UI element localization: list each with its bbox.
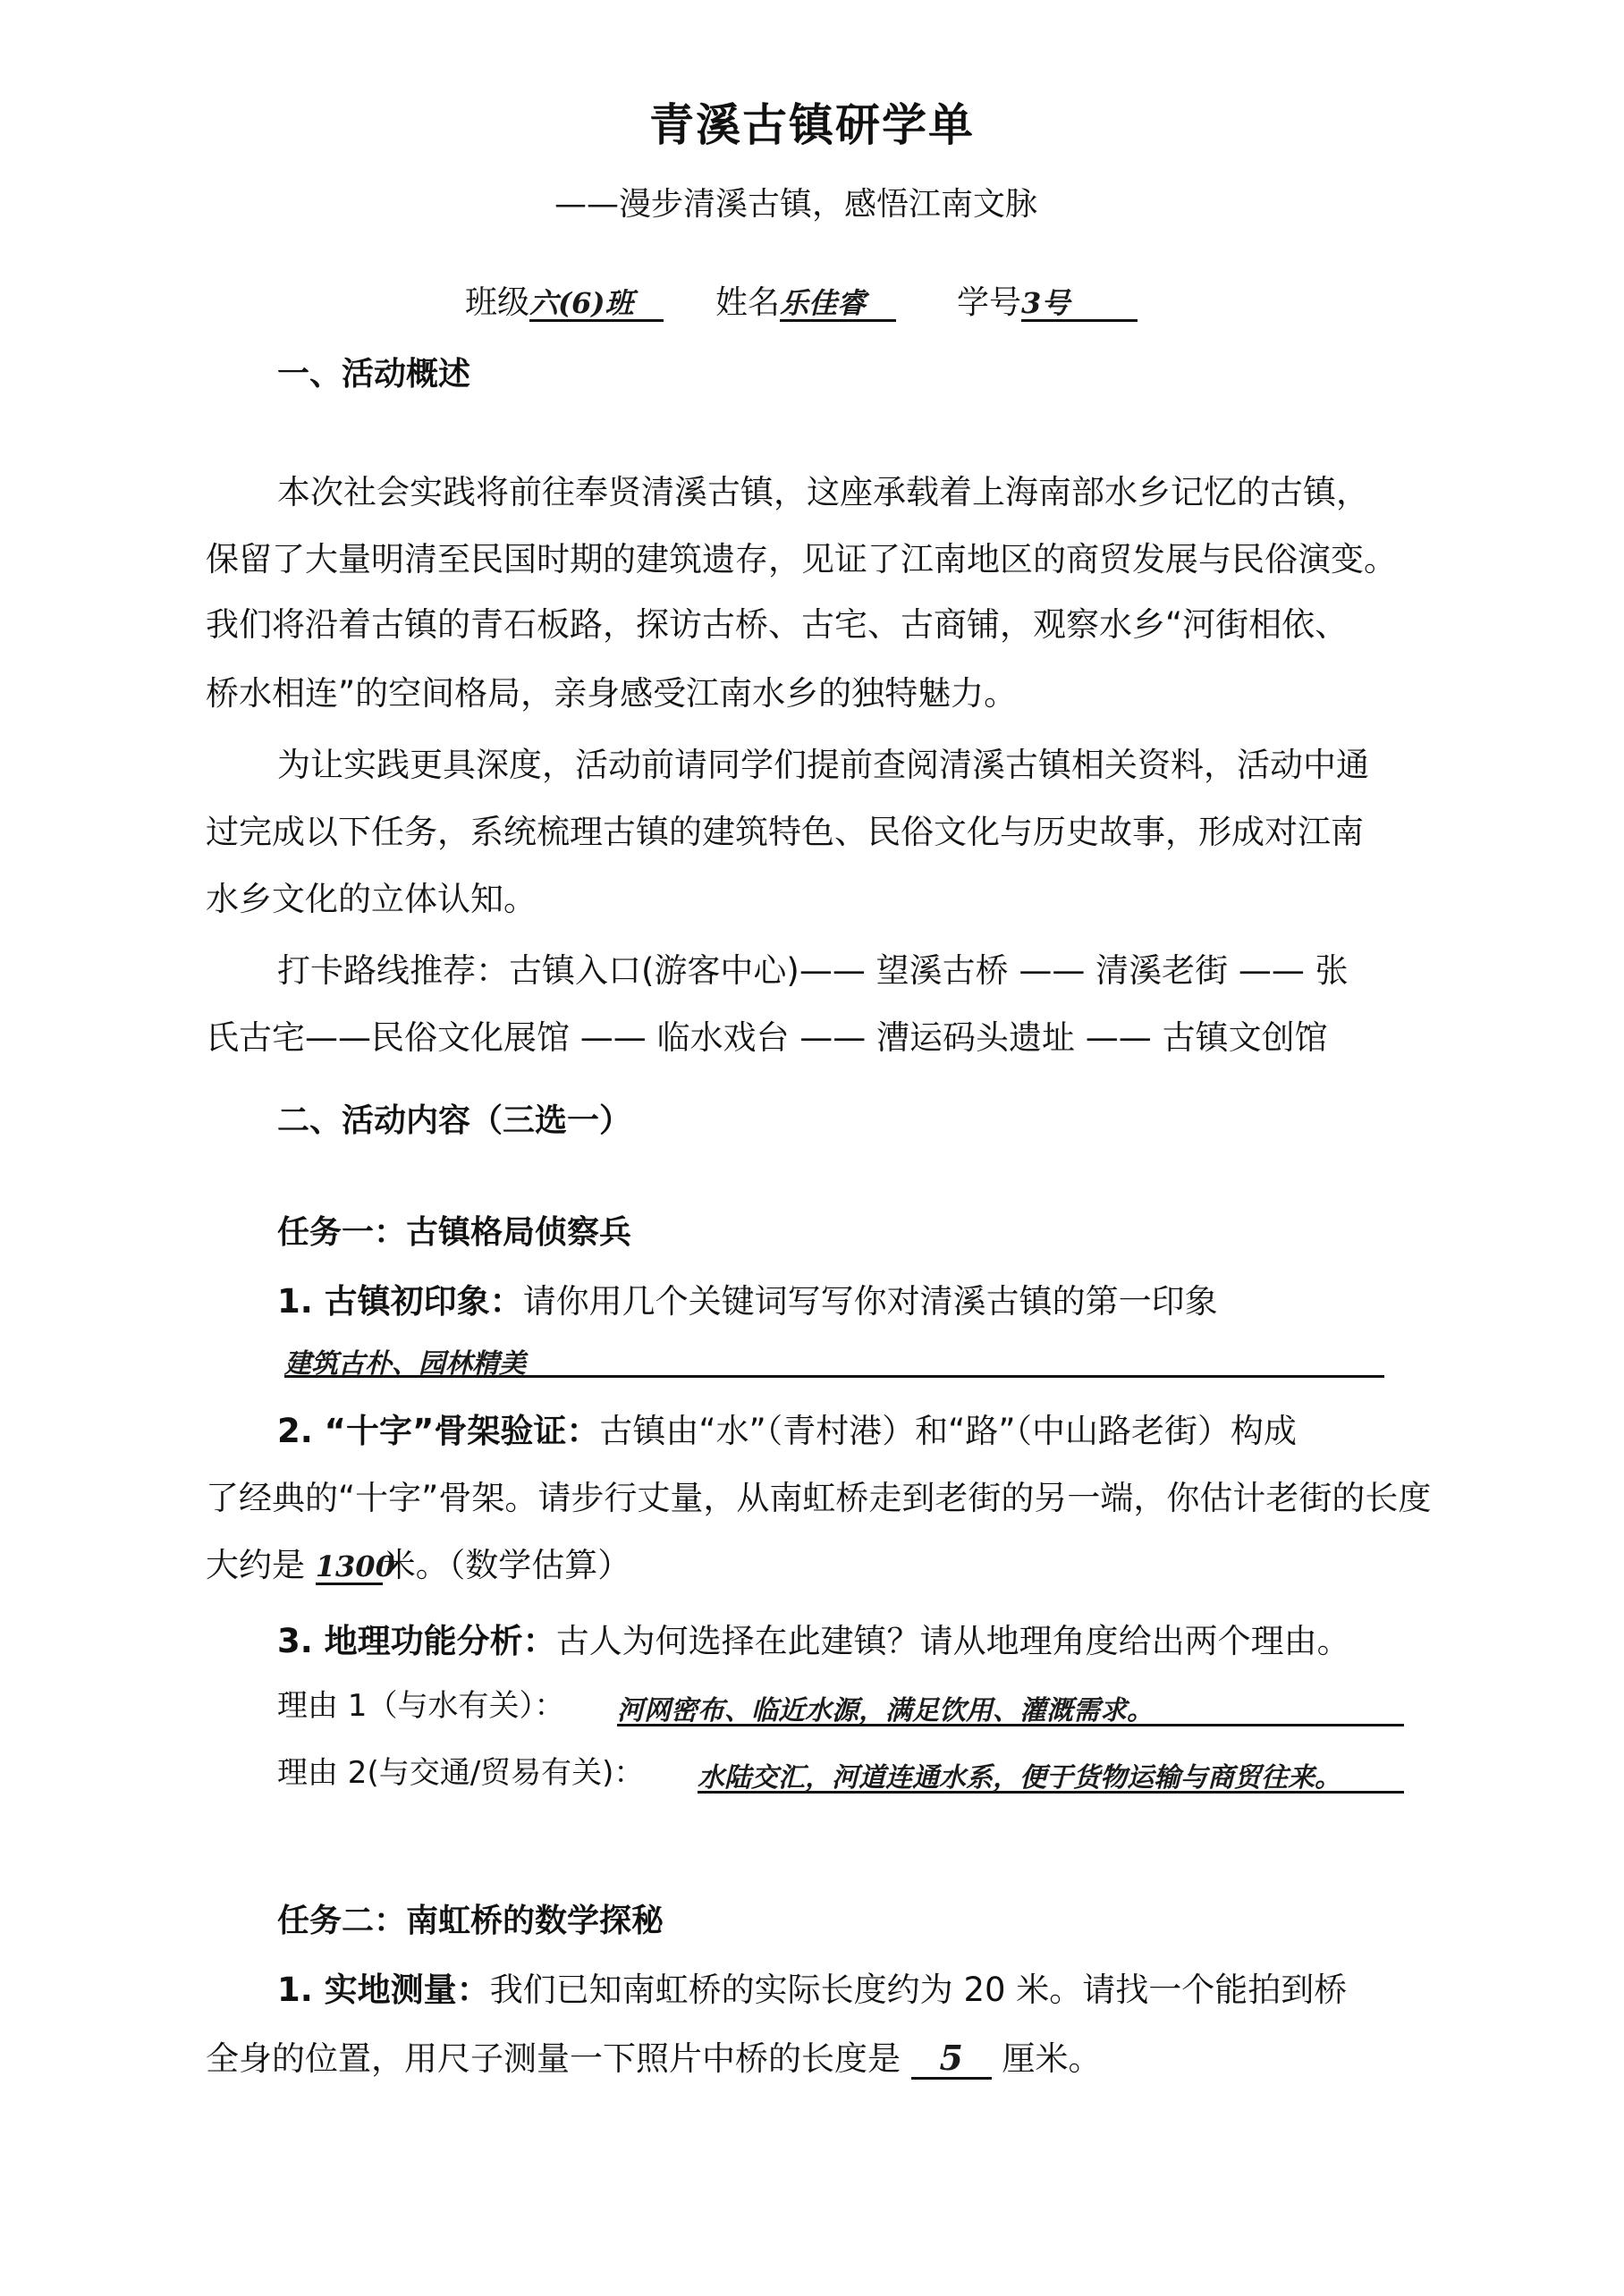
task1-q2-suffix: 米。（数学估算） [383, 1546, 631, 1584]
task2-q1-line1: 1. 实地测量：我们已知南虹桥的实际长度约为 20 米。请找一个能拍到桥 [277, 1963, 1347, 2011]
overview-line: 我们将沿着古镇的青石板路，探访古桥、古宅、古商铺，观察水乡“河街相依、 [206, 597, 1348, 646]
task2-q1-suffix: 厘米。 [1002, 2039, 1102, 2078]
task1-heading: 任务一：古镇格局侦察兵 [277, 1207, 631, 1253]
bridge-photo-length-input[interactable]: 5 [911, 2039, 992, 2080]
purpose-line: 水乡文化的立体认知。 [206, 872, 537, 920]
name-label: 姓名 [715, 284, 780, 321]
purpose-line: 为让实践更具深度，活动前请同学们提前查阅清溪古镇相关资料，活动中通 [277, 738, 1369, 786]
reason2-label: 理由 2(与交通/贸易有关)： [277, 1748, 644, 1792]
route-line: 打卡路线推荐：古镇入口(游客中心)—— 望溪古桥 —— 清溪老街 —— 张 [277, 943, 1349, 992]
task1-q2-text: 古镇由“水”（青村港）和“路”（中山路老街）构成 [599, 1412, 1297, 1450]
task1-q1-label: 1. 古镇初印象： [277, 1282, 523, 1321]
purpose-line: 过完成以下任务，系统梳理古镇的建筑特色、民俗文化与历史故事，形成对江南 [206, 805, 1364, 853]
section2-heading: 二、活动内容（三选一） [277, 1095, 631, 1141]
route-line: 氏古宅——民俗文化展馆 —— 临水戏台 —— 漕运码头遗址 —— 古镇文创馆 [206, 1010, 1328, 1059]
page-subtitle: ——漫步清溪古镇，感悟江南文脉 [554, 179, 1037, 224]
task1-q3-label: 3. 地理功能分析： [277, 1622, 556, 1660]
class-label: 班级 [465, 284, 529, 321]
overview-line: 本次社会实践将前往奉贤清溪古镇，这座承载着上海南部水乡记忆的古镇， [277, 465, 1369, 513]
student-number-field: 学号3号 [957, 277, 1138, 323]
reason1-answer[interactable]: 河网密布、临近水源，满足饮用、灌溉需求。 [617, 1688, 1154, 1727]
task1-q1: 1. 古镇初印象：请你用几个关键词写写你对清溪古镇的第一印象 [277, 1274, 1218, 1322]
overview-line: 保留了大量明清至民国时期的建筑遗存，见证了江南地区的商贸发展与民俗演变。 [206, 532, 1397, 580]
section1-heading: 一、活动概述 [277, 349, 470, 394]
page-title: 青溪古镇研学单 [0, 89, 1624, 154]
name-field: 姓名乐佳睿 [715, 277, 896, 323]
reason2-answer[interactable]: 水陆交汇，河道连通水系，便于货物运输与商贸往来。 [698, 1755, 1341, 1794]
task2-q1-label: 1. 实地测量： [277, 1971, 490, 2009]
task2-heading: 任务二：南虹桥的数学探秘 [277, 1895, 664, 1941]
class-input[interactable]: 六(6)班 [529, 288, 664, 322]
class-field: 班级六(6)班 [465, 277, 664, 323]
street-length-input[interactable]: 1300 [316, 1551, 383, 1585]
task1-q2-label: 2. “十字”骨架验证： [277, 1412, 599, 1450]
student-number-label: 学号 [957, 284, 1021, 321]
task2-q1-line2: 全身的位置，用尺子测量一下照片中桥的长度是 5 厘米。 [206, 2031, 1102, 2080]
reason1-label: 理由 1（与水有关）： [277, 1681, 564, 1725]
task2-q1-prefix: 全身的位置，用尺子测量一下照片中桥的长度是 [206, 2039, 901, 2078]
task1-q1-answer[interactable]: 建筑古朴、园林精美 [284, 1341, 526, 1380]
task1-q2-line1: 2. “十字”骨架验证：古镇由“水”（青村港）和“路”（中山路老街）构成 [277, 1404, 1297, 1452]
task1-q2-line3: 大约是 1300米。（数学估算） [206, 1538, 630, 1586]
task1-q2-line2: 了经典的“十字”骨架。请步行丈量，从南虹桥走到老街的另一端，你估计老街的长度 [206, 1471, 1431, 1519]
task1-q2-prefix: 大约是 [206, 1546, 305, 1584]
name-input[interactable]: 乐佳睿 [780, 288, 896, 322]
overview-line: 桥水相连”的空间格局，亲身感受江南水乡的独特魅力。 [206, 666, 1017, 714]
task2-q1-text: 我们已知南虹桥的实际长度约为 20 米。请找一个能拍到桥 [490, 1971, 1348, 2009]
task1-q3-text: 古人为何选择在此建镇？请从地理角度给出两个理由。 [556, 1622, 1350, 1660]
task1-q3: 3. 地理功能分析：古人为何选择在此建镇？请从地理角度给出两个理由。 [277, 1614, 1350, 1662]
task1-q1-text: 请你用几个关键词写写你对清溪古镇的第一印象 [523, 1282, 1218, 1321]
student-number-input[interactable]: 3号 [1021, 288, 1138, 322]
